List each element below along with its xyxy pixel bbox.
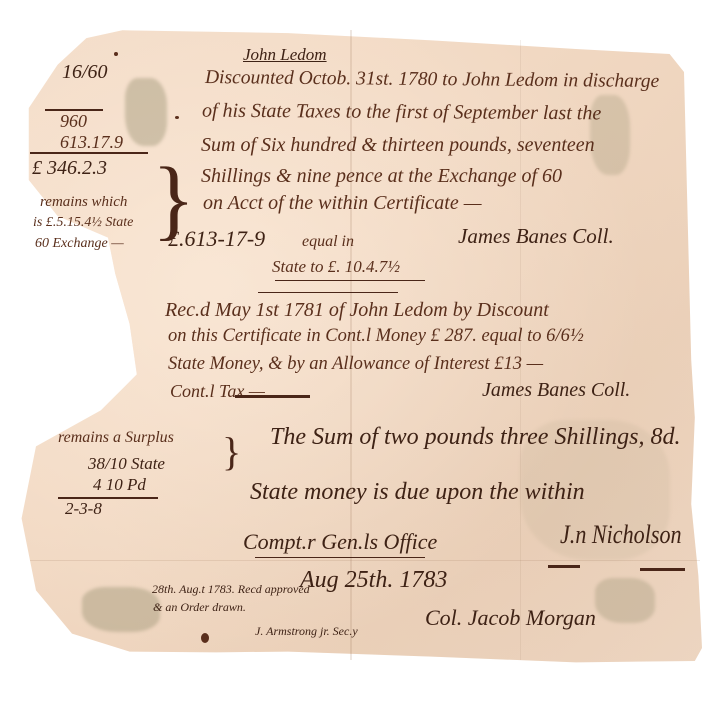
fold-line: [520, 40, 521, 660]
main-entry-state-equivalent: State to £. 10.4.7½: [272, 258, 400, 275]
stain: [125, 78, 167, 146]
ink-blot: [114, 52, 118, 56]
surplus-heading: remains a Surplus: [58, 430, 174, 446]
surplus-line: 4 10 Pd: [93, 476, 146, 493]
third-entry-line: State money is due upon the within: [250, 480, 585, 504]
header-name: John Ledom: [243, 46, 327, 63]
underline: [235, 395, 310, 398]
third-entry-date: Aug 25th. 1783: [300, 568, 447, 592]
calc-line: 613.17.9: [60, 133, 123, 151]
main-entry-signature: James Banes Coll.: [458, 226, 614, 247]
stain: [82, 587, 160, 632]
surplus-line: 38/10 State: [88, 455, 165, 472]
third-entry-signature: J.n Nicholson: [560, 522, 682, 548]
calc-rule: [30, 152, 148, 154]
third-entry-line: The Sum of two pounds three Shillings, 8…: [270, 425, 680, 449]
ink-blot: [175, 116, 179, 119]
second-entry-line: Rec.d May 1st 1781 of John Ledom by Disc…: [165, 300, 549, 320]
underline: [255, 557, 425, 558]
separator: [258, 292, 398, 293]
main-entry-equal-in: equal in: [302, 234, 354, 250]
main-entry-line: Shillings & nine pence at the Exchange o…: [201, 166, 562, 186]
flourish: [548, 565, 580, 568]
calc-note: is £.5.15.4½ State: [33, 216, 133, 230]
underline: [275, 280, 425, 281]
surplus-total: 2-3-8: [65, 500, 102, 517]
approval-line: & an Order drawn.: [153, 601, 246, 613]
calc-line: 960: [60, 112, 87, 130]
second-entry-line: on this Certificate in Cont.l Money £ 28…: [168, 327, 584, 346]
main-entry-line: on Acct of the within Certificate —: [203, 193, 482, 213]
main-entry-line: of his State Taxes to the first of Septe…: [202, 101, 601, 124]
approval-line: 28th. Aug.t 1783. Recd approved: [152, 583, 310, 595]
surplus-brace: }: [222, 428, 241, 475]
flourish: [640, 568, 685, 571]
approval-signature: J. Armstrong jr. Sec.y: [255, 625, 358, 637]
calc-note: 60 Exchange —: [35, 237, 124, 251]
main-entry-line: Discounted Octob. 31st. 1780 to John Led…: [205, 68, 659, 91]
main-entry-line: Sum of Six hundred & thirteen pounds, se…: [201, 135, 595, 155]
calc-note: remains which: [40, 195, 127, 210]
second-entry-signature: James Banes Coll.: [482, 380, 630, 400]
fold-line: [30, 560, 700, 561]
ink-blot: [201, 633, 209, 643]
calc-fraction: 16/60: [62, 62, 108, 82]
second-entry-line: State Money, & by an Allowance of Intere…: [168, 355, 543, 374]
calc-result: £ 346.2.3: [32, 158, 107, 178]
third-entry-addressee: Col. Jacob Morgan: [425, 607, 596, 629]
calc-brace: }: [152, 148, 195, 251]
stain: [595, 578, 655, 623]
third-entry-office: Compt.r Gen.ls Office: [243, 531, 437, 553]
